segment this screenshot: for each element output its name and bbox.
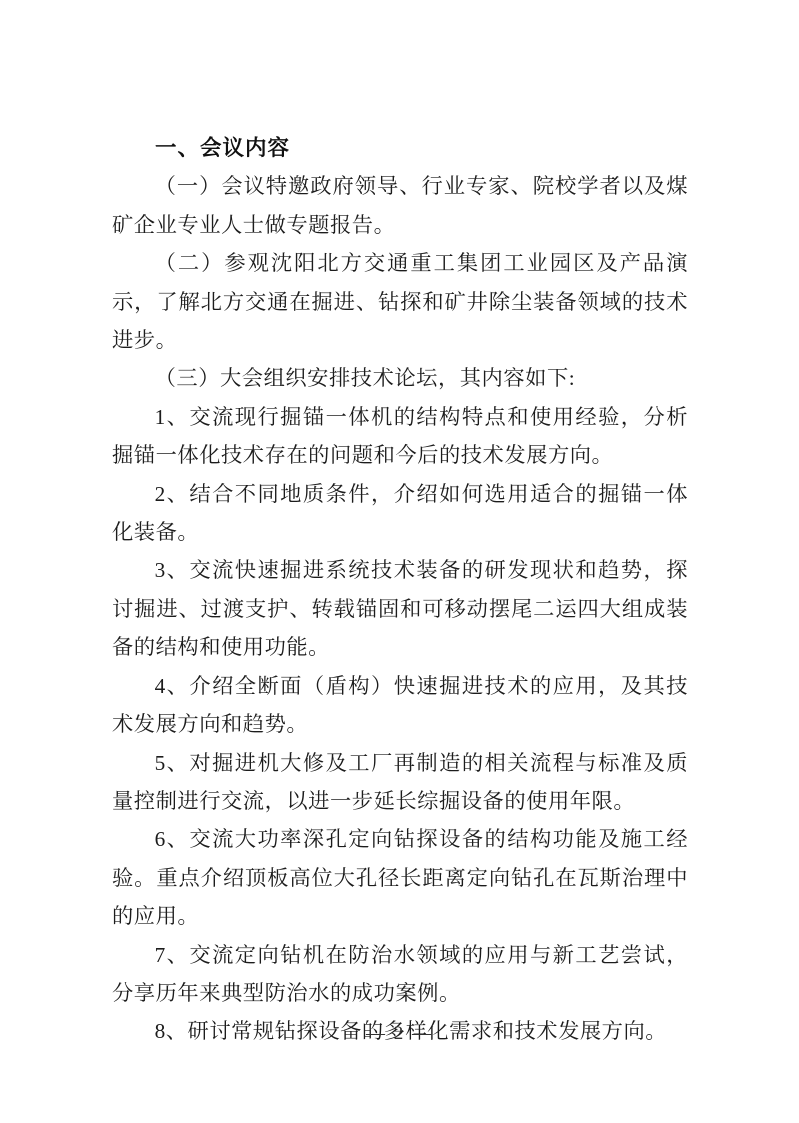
document-body: 一、会议内容 （一）会议特邀政府领导、行业专家、院校学者以及煤矿企业专业人士做专… (112, 129, 688, 1051)
paragraph-item-3: （三）大会组织安排技术论坛，其内容如下: (112, 359, 688, 397)
paragraph-list-1: 1、交流现行掘锚一体机的结构特点和使用经验，分析掘锚一体化技术存在的问题和今后的… (112, 398, 688, 475)
paragraph-item-1: （一）会议特邀政府领导、行业专家、院校学者以及煤矿企业专业人士做专题报告。 (112, 167, 688, 244)
section-heading: 一、会议内容 (112, 129, 688, 167)
paragraph-list-2: 2、结合不同地质条件，介绍如何选用适合的掘锚一体化装备。 (112, 475, 688, 552)
paragraph-list-6: 6、交流大功率深孔定向钻探设备的结构功能及施工经验。重点介绍顶板高位大孔径长距离… (112, 820, 688, 935)
paragraph-list-4: 4、介绍全断面（盾构）快速掘进技术的应用，及其技术发展方向和趋势。 (112, 667, 688, 744)
paragraph-item-2: （二）参观沈阳北方交通重工集团工业园区及产品演示，了解北方交通在掘进、钻探和矿井… (112, 244, 688, 359)
page-number: — 2 — (0, 1020, 799, 1048)
paragraph-list-7: 7、交流定向钻机在防治水领域的应用与新工艺尝试，分享历年来典型防治水的成功案例。 (112, 936, 688, 1013)
paragraph-list-3: 3、交流快速掘进系统技术装备的研发现状和趋势，探讨掘进、过渡支护、转载锚固和可移… (112, 551, 688, 666)
paragraph-list-5: 5、对掘进机大修及工厂再制造的相关流程与标准及质量控制进行交流，以进一步延长综掘… (112, 744, 688, 821)
document-page: 一、会议内容 （一）会议特邀政府领导、行业专家、院校学者以及煤矿企业专业人士做专… (0, 0, 799, 1123)
